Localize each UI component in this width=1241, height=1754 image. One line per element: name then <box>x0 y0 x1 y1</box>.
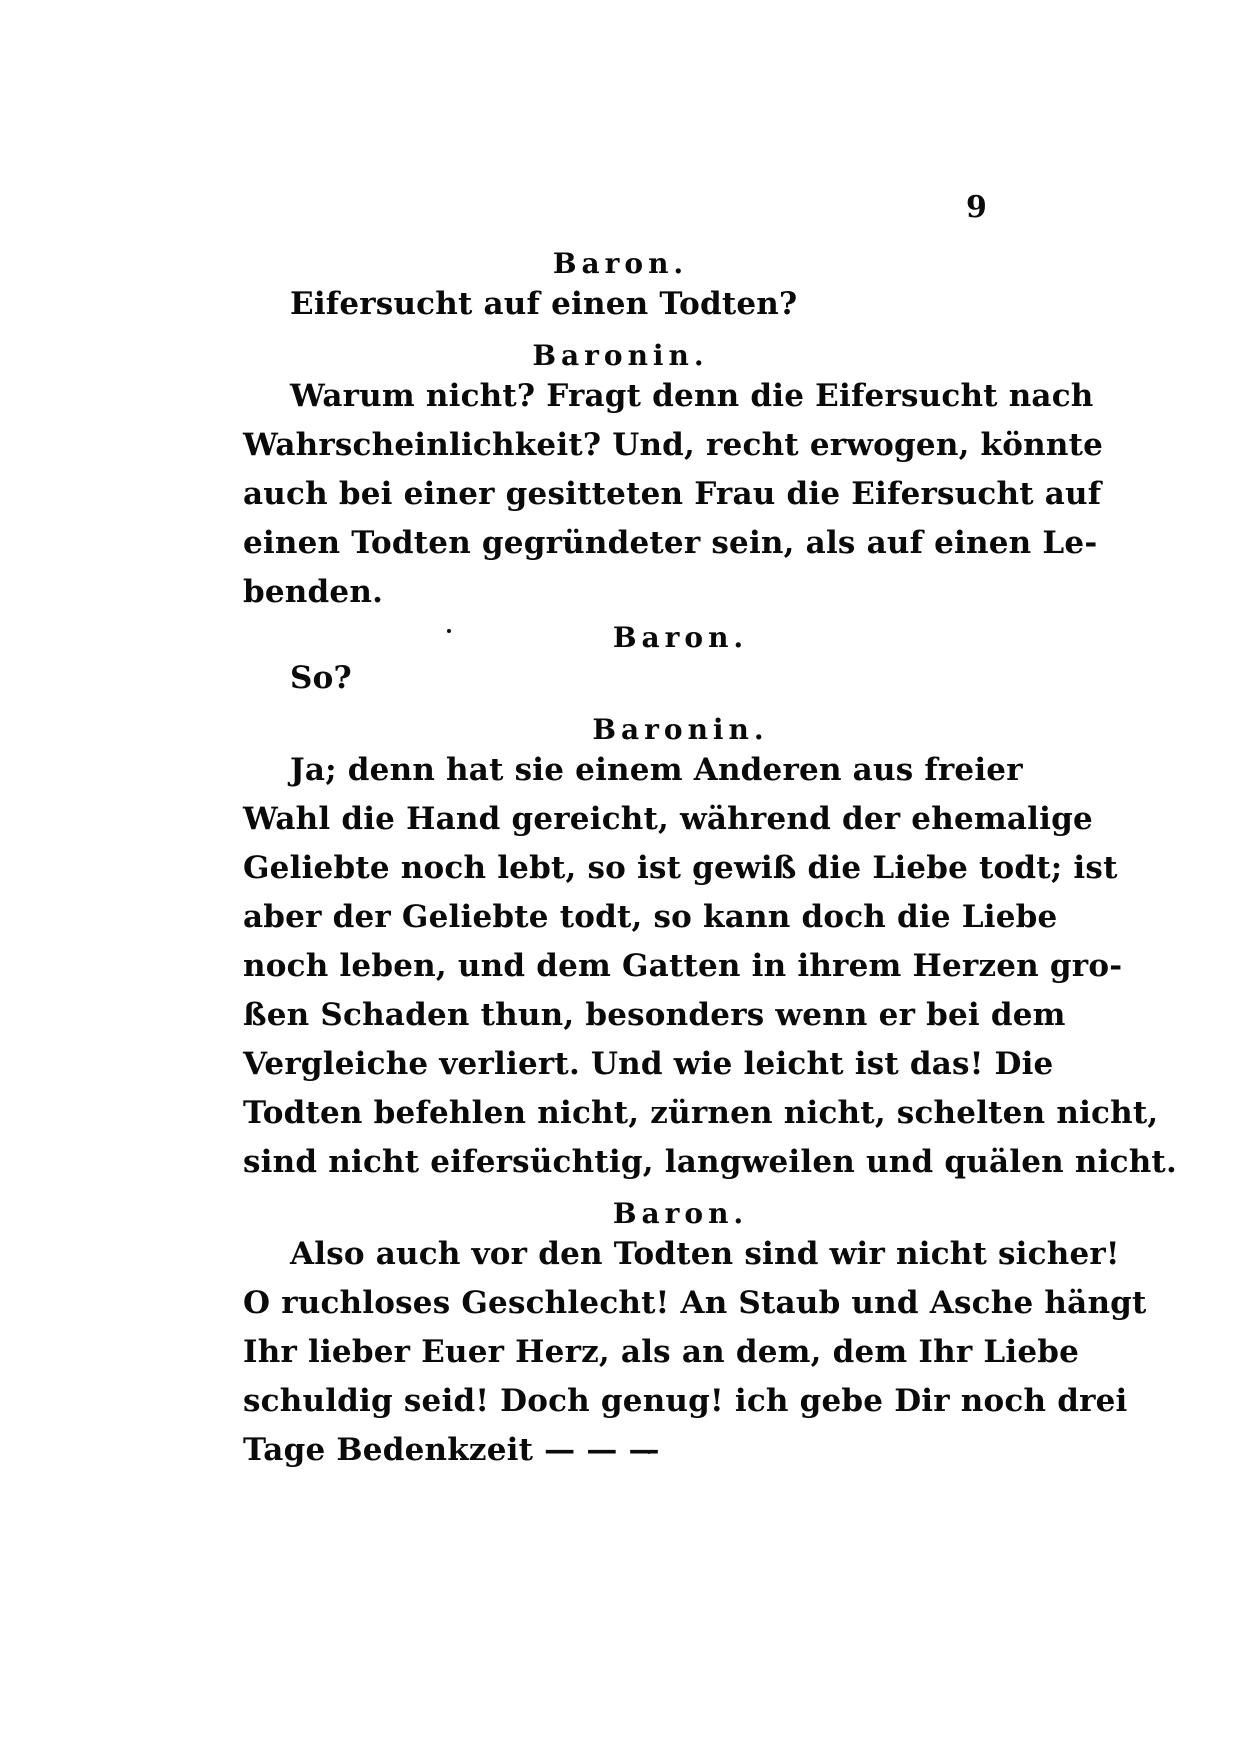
speech-line: Tage Bedenkzeit — — — <box>243 1430 995 1470</box>
print-speck <box>647 1450 651 1454</box>
speech-line: Geliebte noch lebt, so ist gewiß die Lie… <box>243 848 995 888</box>
speaker-heading: Baron. <box>0 246 1241 282</box>
speech-line: schuldig seid! Doch genug! ich gebe Dir … <box>243 1381 995 1421</box>
speech-line: Todten befehlen nicht, zürnen nicht, sch… <box>243 1093 995 1133</box>
speaker-heading: Baron. <box>60 1196 1241 1232</box>
speech-line: benden. <box>243 572 995 612</box>
speech-line: Wahl die Hand gereicht, während der ehem… <box>243 799 995 839</box>
book-page: 9 Baron. Eifersucht auf einen Todten? Ba… <box>0 0 1241 1754</box>
speech-line: So? <box>290 658 995 698</box>
speaker-heading: Baronin. <box>60 712 1241 748</box>
speech-line: Wahrscheinlichkeit? Und, recht erwogen, … <box>243 425 995 465</box>
speech-line: Ja; denn hat sie einem Anderen aus freie… <box>290 750 995 790</box>
speaker-heading: Baron. <box>60 620 1241 656</box>
speaker-heading: Baronin. <box>0 338 1241 374</box>
speech-line: Eifersucht auf einen Todten? <box>290 284 995 324</box>
speech-line: noch leben, und dem Gatten in ihrem Herz… <box>243 946 995 986</box>
speech-line: aber der Geliebte todt, so kann doch die… <box>243 897 995 937</box>
speech-line: einen Todten gegründeter sein, als auf e… <box>243 523 995 563</box>
speech-line: ßen Schaden thun, besonders wenn er bei … <box>243 995 995 1035</box>
page-number: 9 <box>966 190 987 225</box>
speech-line: O ruchloses Geschlecht! An Staub und Asc… <box>243 1283 995 1323</box>
speech-line: Also auch vor den Todten sind wir nicht … <box>290 1234 995 1274</box>
speech-line: sind nicht eifersüchtig, langweilen und … <box>243 1142 995 1182</box>
speech-line: Vergleiche verliert. Und wie leicht ist … <box>243 1044 995 1084</box>
speech-line: auch bei einer gesitteten Frau die Eifer… <box>243 474 995 514</box>
speech-line: Ihr lieber Euer Herz, als an dem, dem Ih… <box>243 1332 995 1372</box>
speech-line: Warum nicht? Fragt denn die Eifersucht n… <box>290 376 995 416</box>
